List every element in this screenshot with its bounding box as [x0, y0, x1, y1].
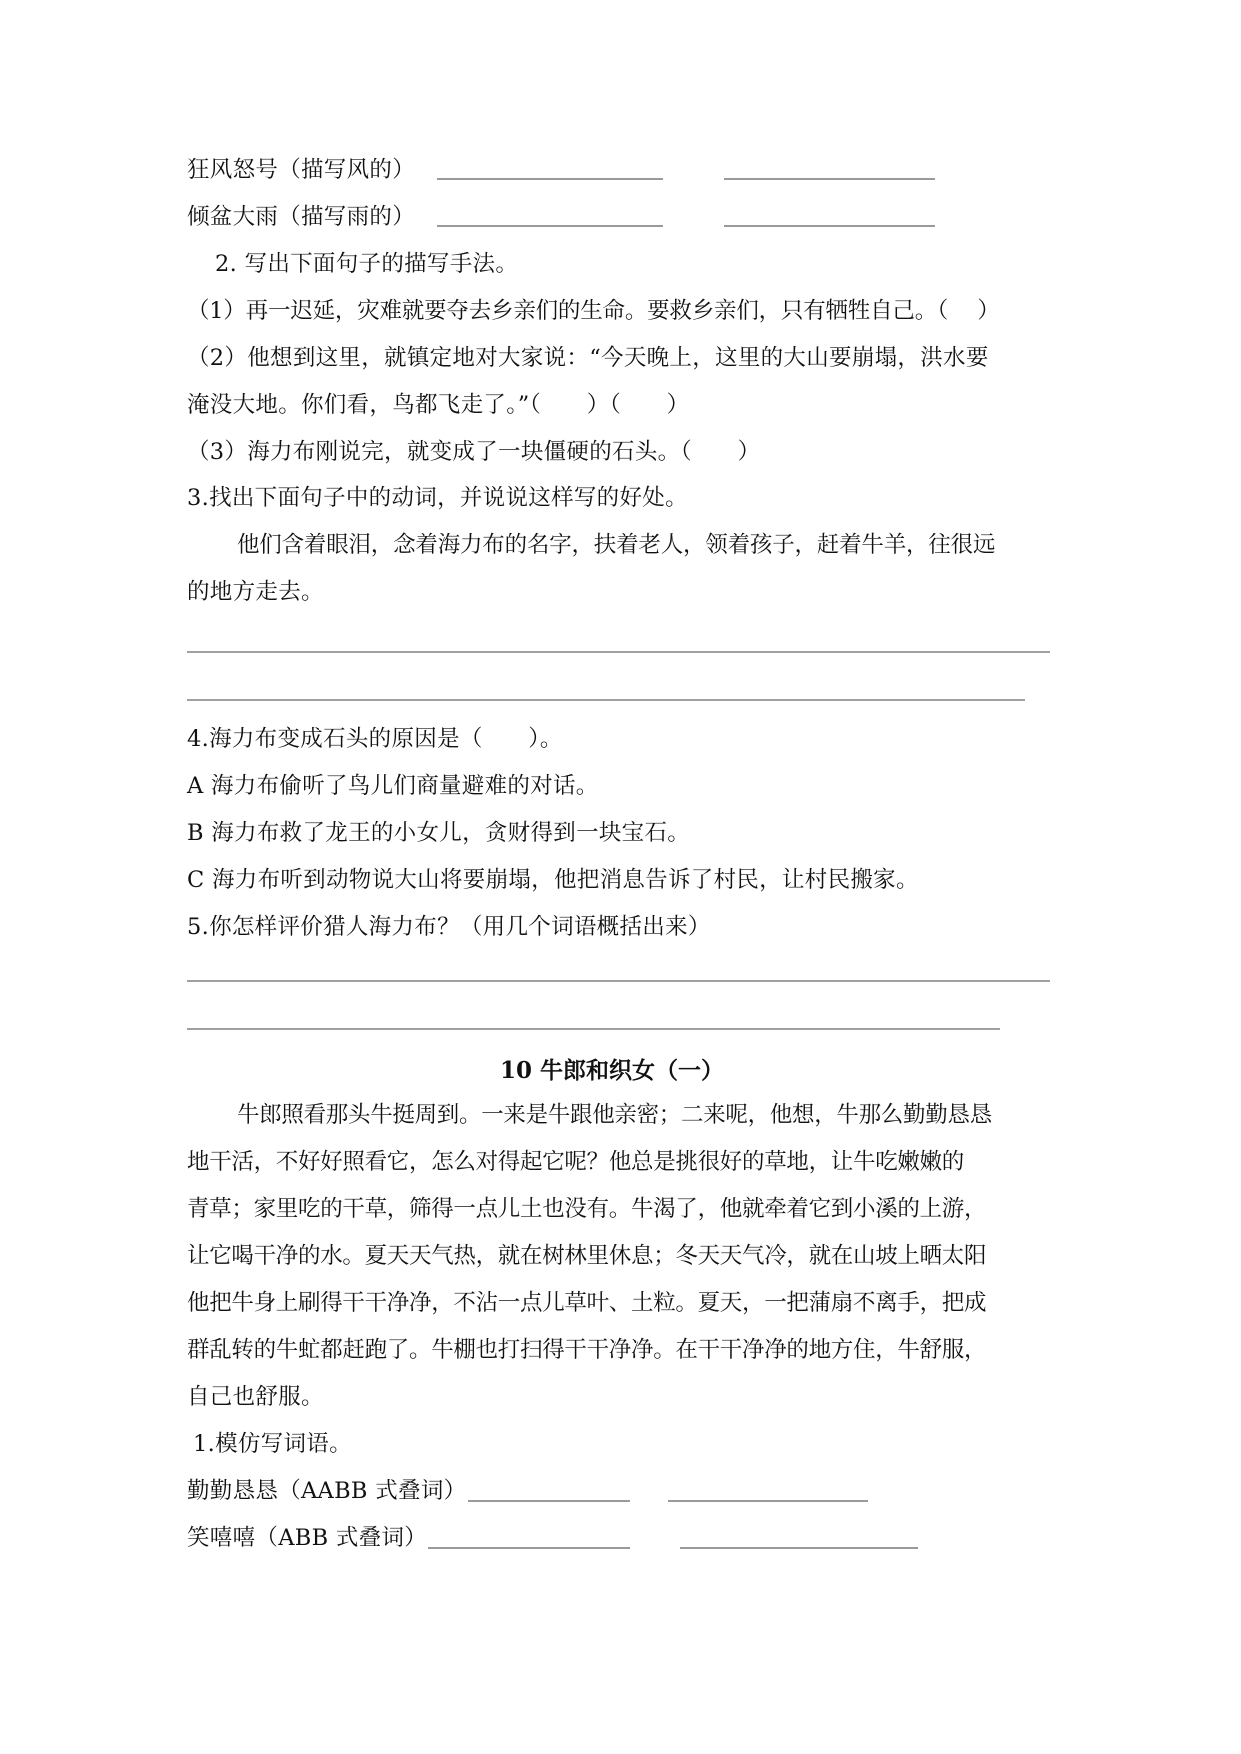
word-prompt-abb: 笑嘻嘻（ABB 式叠词）: [187, 1523, 427, 1553]
word-prompt-wind: 狂风怒号（描写风的）: [187, 155, 415, 185]
question-item: 淹没大地。你们看，鸟都飞走了。”（ ）（ ）: [187, 390, 689, 420]
answer-blank[interactable]: [428, 1547, 630, 1549]
option-a: A 海力布偷听了鸟儿们商量避难的对话。: [187, 771, 599, 801]
passage-line: 青草；家里吃的干草，筛得一点儿土也没有。牛渴了，他就牵着它到小溪的上游，: [187, 1194, 986, 1224]
answer-blank[interactable]: [680, 1547, 918, 1549]
passage-line: 自己也舒服。: [187, 1382, 324, 1412]
answer-blank[interactable]: [468, 1500, 630, 1502]
answer-blank[interactable]: [437, 225, 663, 227]
passage-line: 地干活，不好好照看它，怎么对得起它呢？他总是挑很好的草地，让牛吃嫩嫩的: [187, 1147, 964, 1177]
word-prompt-rain: 倾盆大雨（描写雨的）: [187, 202, 415, 232]
option-b: B 海力布救了龙王的小女儿，贪财得到一块宝石。: [187, 818, 690, 848]
answer-line[interactable]: [187, 699, 1025, 701]
passage-line: 的地方走去。: [187, 577, 324, 607]
option-c: C 海力布听到动物说大山将要崩塌，他把消息告诉了村民，让村民搬家。: [187, 865, 919, 895]
question-heading: 3.找出下面句子中的动词，并说说这样写的好处。: [187, 483, 688, 513]
answer-blank[interactable]: [724, 225, 935, 227]
question-heading: 5.你怎样评价猎人海力布？（用几个词语概括出来）: [187, 912, 711, 942]
question-item: （3）海力布刚说完，就变成了一块僵硬的石头。（ ）: [187, 437, 760, 467]
question-heading: 1.模仿写词语。: [193, 1429, 352, 1459]
passage-line: 让它喝干净的水。夏天天气热，就在树林里休息；冬天天气冷，就在山坡上晒太阳: [187, 1241, 986, 1271]
answer-blank[interactable]: [437, 178, 663, 180]
passage-line: 他把牛身上刷得干干净净，不沾一点儿草叶、土粒。夏天，一把蒲扇不离手，把成: [187, 1288, 986, 1318]
answer-line[interactable]: [187, 980, 1050, 982]
answer-blank[interactable]: [724, 178, 935, 180]
lesson-title: 10 牛郎和织女（一）: [500, 1052, 724, 1085]
answer-line[interactable]: [187, 1028, 1000, 1030]
answer-blank[interactable]: [668, 1500, 868, 1502]
question-item: （2）他想到这里，就镇定地对大家说：“今天晚上，这里的大山要崩塌，洪水要: [187, 343, 989, 373]
question-item: （1）再一迟延，灾难就要夺去乡亲们的生命。要救乡亲们，只有牺牲自己。（ ）: [187, 296, 1000, 326]
answer-line[interactable]: [187, 651, 1050, 653]
passage-line: 群乱转的牛虻都赶跑了。牛棚也打扫得干干净净。在干干净净的地方住，牛舒服，: [187, 1335, 986, 1365]
question-heading: 4.海力布变成石头的原因是（ ）。: [187, 724, 563, 754]
passage-line: 牛郎照看那头牛挺周到。一来是牛跟他亲密；二来呢，他想，牛那么勤勤恳恳: [237, 1100, 992, 1130]
word-prompt-aabb: 勤勤恳恳（AABB 式叠词）: [187, 1476, 466, 1506]
passage-line: 他们含着眼泪，念着海力布的名字，扶着老人，领着孩子，赶着牛羊，往很远: [237, 530, 995, 560]
question-heading: 2. 写出下面句子的描写手法。: [215, 249, 518, 279]
